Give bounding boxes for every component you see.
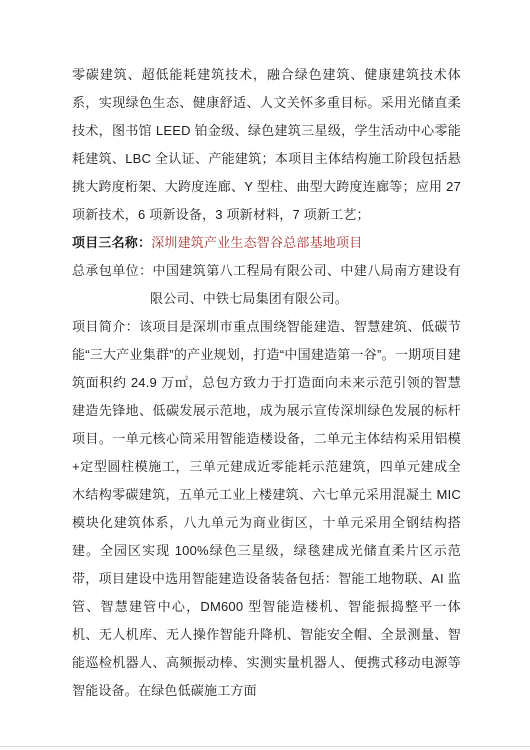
- text-block: 零碳建筑、超低能耗建筑技术，融合绿色建筑、健康建筑技术体系，实现绿色生态、健康舒…: [72, 61, 461, 705]
- paragraph-contractor: 总承包单位：中国建筑第八工程局有限公司、中建八局南方建设有限公司、中铁七局集团有…: [72, 257, 461, 313]
- paragraph-project-intro: 项目简介：该项目是深圳市重点围绕智能建造、智慧建筑、低碳节能“三大产业集群”的产…: [72, 313, 461, 705]
- project-name-value: 深圳建筑产业生态智谷总部基地项目: [151, 235, 362, 250]
- page-bottom-edge-line: [0, 746, 530, 747]
- project-name-label: 项目三名称：: [72, 235, 151, 250]
- paragraph-overflow-text: 零碳建筑、超低能耗建筑技术，融合绿色建筑、健康建筑技术体系，实现绿色生态、健康舒…: [72, 61, 461, 229]
- document-page: 零碳建筑、超低能耗建筑技术，融合绿色建筑、健康建筑技术体系，实现绿色生态、健康舒…: [0, 0, 530, 750]
- paragraph-project-name: 项目三名称：深圳建筑产业生态智谷总部基地项目: [72, 229, 461, 257]
